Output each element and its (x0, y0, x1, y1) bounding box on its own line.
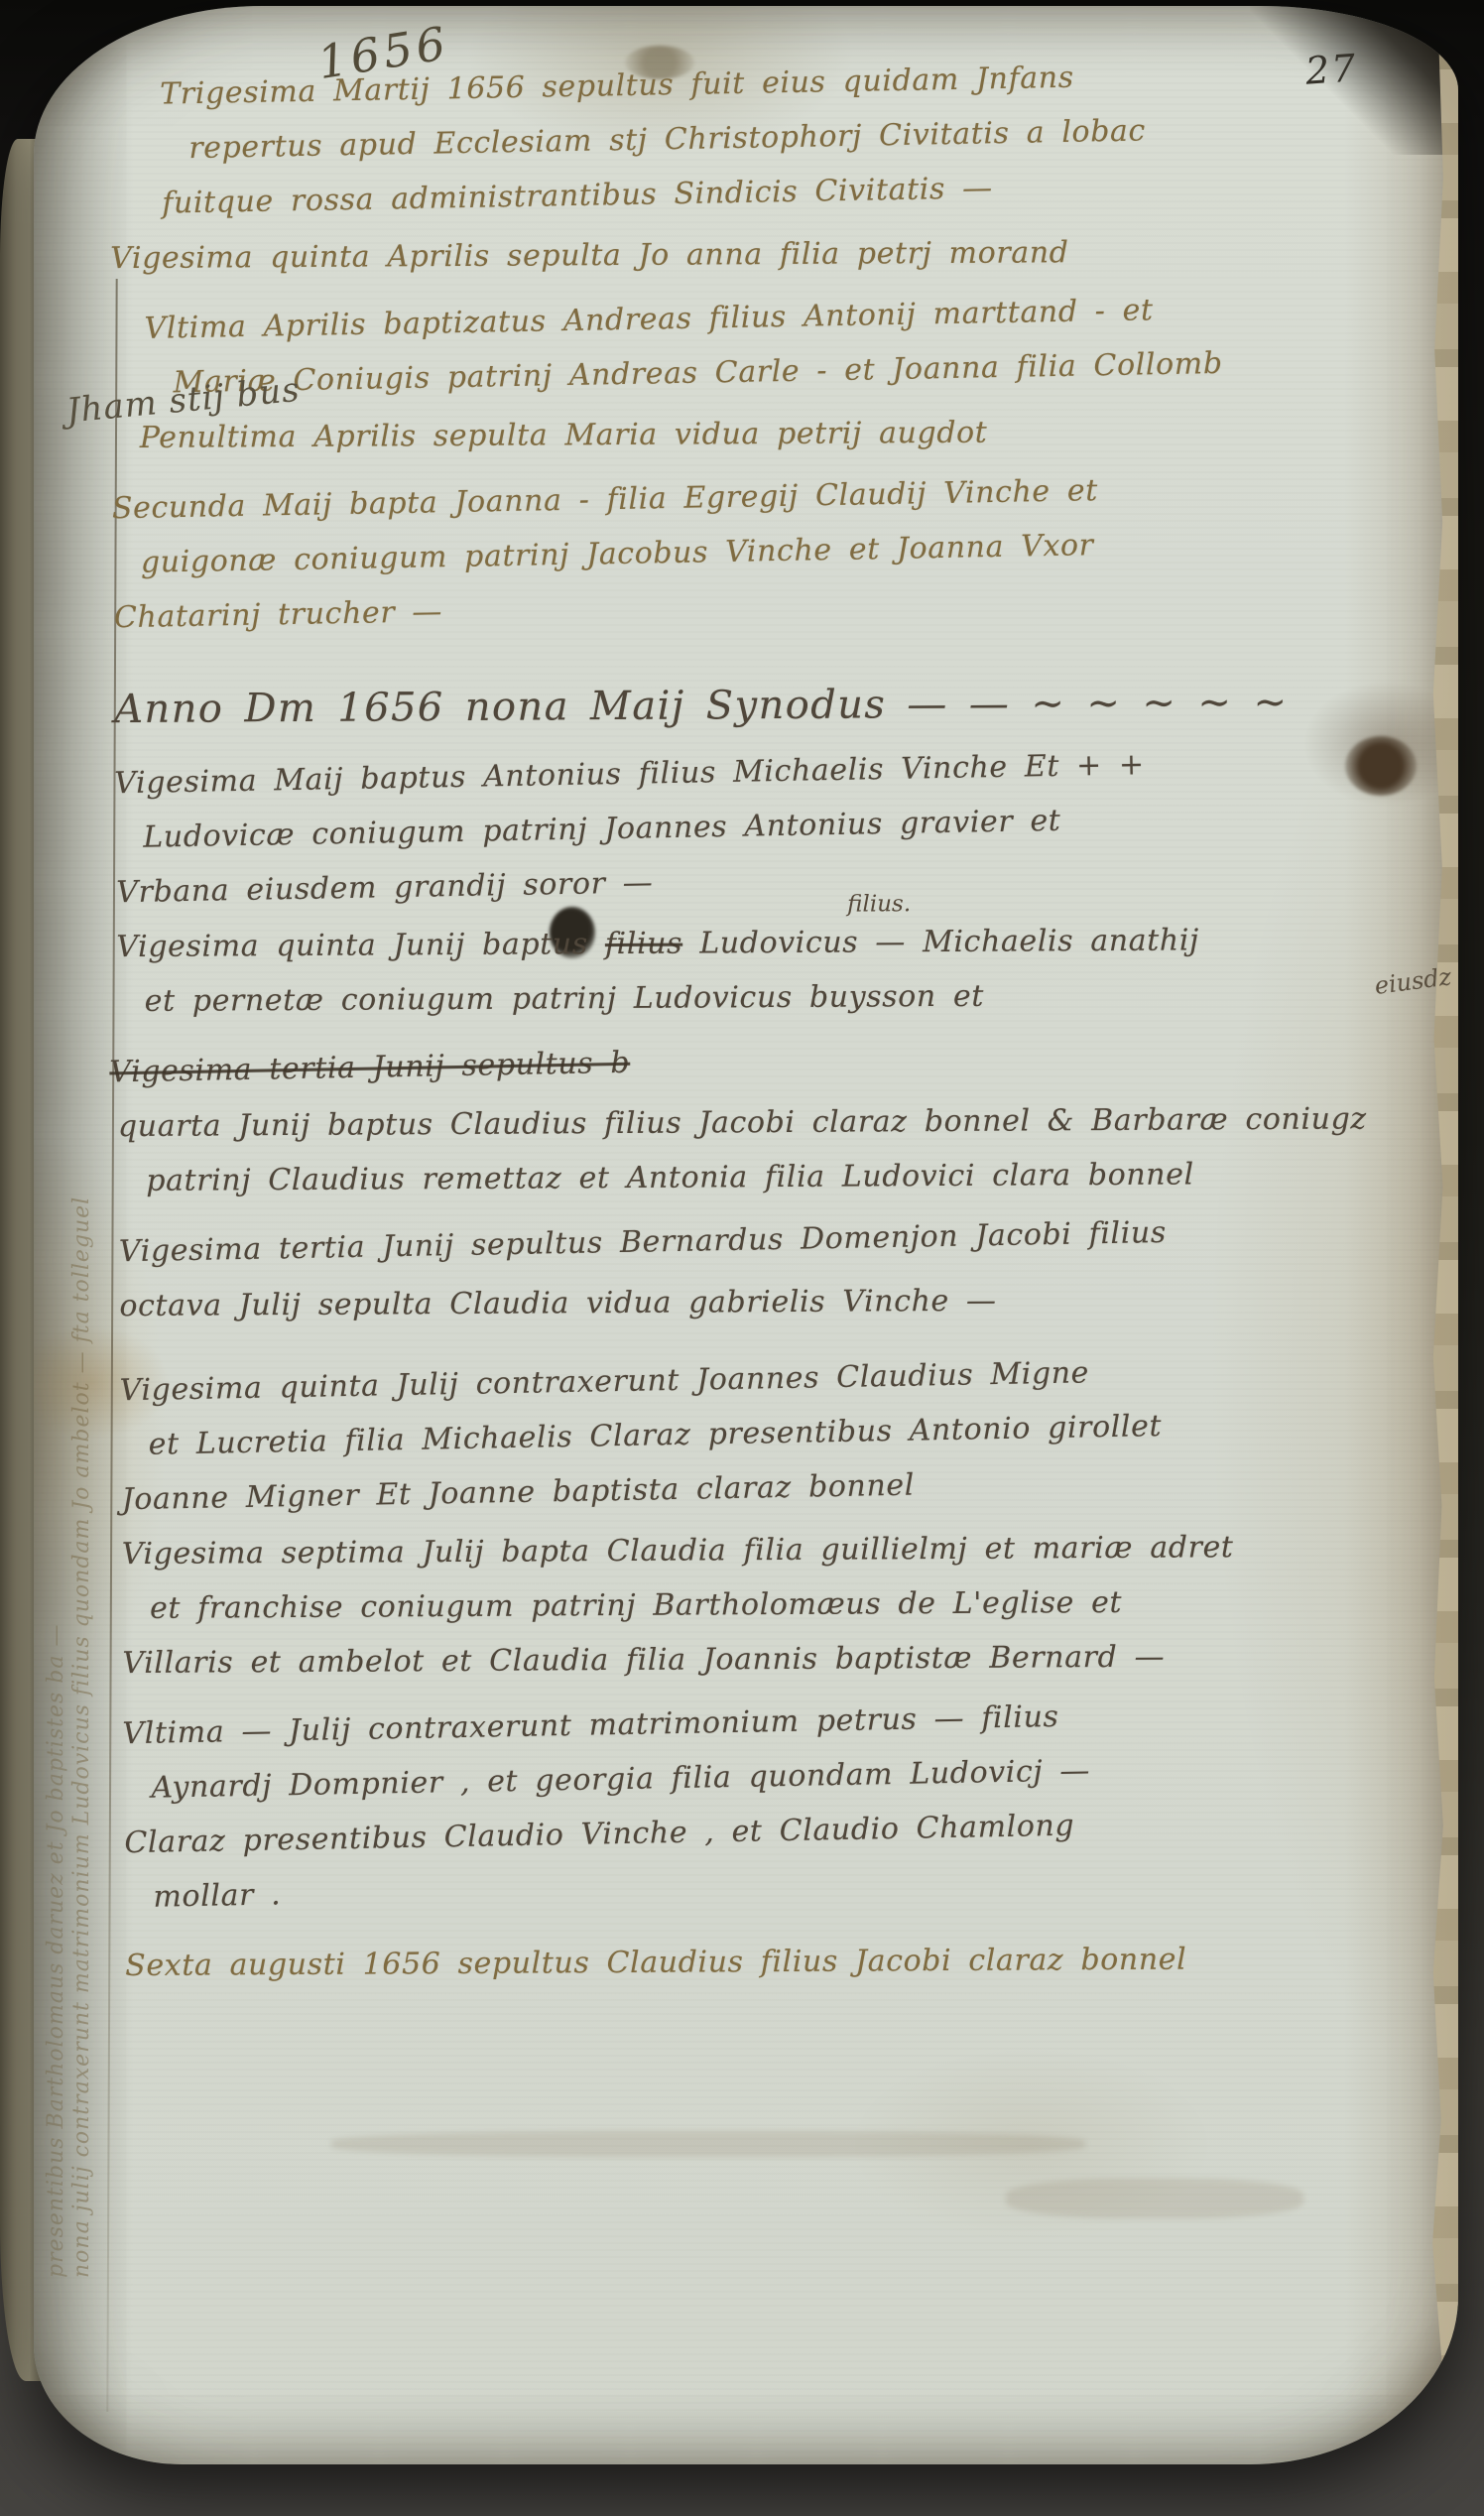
register-entry: filius.eiusdzVigesima quinta Junij baptu… (116, 912, 1446, 1029)
entry-line: Anno Dm 1656 nona Maij Synodus — — ~ ~ ~… (114, 671, 1443, 740)
register-entry: octava Julij sepulta Claudia vidua gabri… (119, 1271, 1448, 1333)
register-entry: Vigesima septima Julij bapta Claudia fil… (122, 1519, 1452, 1691)
register-entry: Vltima Aprilis baptizatus Andreas filius… (144, 278, 1441, 411)
left-margin-vertical-note: nona julij contraxerunt matrimonium Ludo… (69, 591, 94, 2278)
entry-line: Vigesima quinta Aprilis sepulta Jo anna … (110, 223, 1439, 286)
entry-line: Vigesima quinta Junij baptus filius Ludo… (116, 912, 1445, 974)
register-entry: Vigesima quinta Aprilis sepulta Jo anna … (110, 223, 1439, 286)
entry-line: et pernetæ coniugum patrinj Ludovicus bu… (117, 966, 1446, 1029)
entry-line: Sexta augusti 1656 sepultus Claudius fil… (125, 1931, 1454, 1993)
register-entry: Secunda Maij bapta Joanna - filia Egregi… (111, 457, 1443, 646)
register-entry: Jham stij busPenultima Aprilis sepulta M… (112, 403, 1441, 465)
entry-line: Penultima Aprilis sepulta Maria vidua pe… (112, 403, 1441, 465)
photo-backdrop: { "document": { "kind": "handwritten par… (0, 0, 1484, 2516)
struck-text: filius (605, 927, 682, 961)
register-entry: Sexta augusti 1656 sepultus Claudius fil… (125, 1931, 1454, 1993)
left-margin-vertical-note: presentibus Bartholomaus daruez et Jo ba… (44, 948, 68, 2278)
entry-line: Vigesima tertia Junij sepultus b (109, 1021, 1447, 1100)
interlinear-insertion: filius. (847, 891, 911, 917)
register-entry: Vigesima Maij baptus Antonius filius Mic… (114, 732, 1446, 921)
show-through-smudge (331, 2131, 1085, 2157)
entry-line: octava Julij sepulta Claudia vidua gabri… (119, 1271, 1448, 1333)
struck-text: Vigesima tertia Junij sepultus b (109, 1046, 630, 1090)
entry-text: Vigesima quinta Junij baptus (116, 927, 605, 964)
entry-line: Vigesima tertia Junij sepultus Bernardus… (118, 1200, 1448, 1280)
register-entry: Anno Dm 1656 nona Maij Synodus — — ~ ~ ~… (114, 671, 1443, 740)
register-entry: Vigesima tertia Junij sepultus Bernardus… (118, 1200, 1448, 1280)
entry-line: quarta Junij baptus Claudius filius Jaco… (118, 1091, 1447, 1154)
entry-line: patrinj Claudius remettaz et Antonia fil… (118, 1146, 1447, 1208)
entry-text: Ludovicus — Michaelis anathij (682, 923, 1199, 960)
show-through-smudge (1006, 2179, 1303, 2218)
register-entry: quarta Junij baptus Claudius filius Jaco… (118, 1091, 1448, 1208)
manuscript-page: 1656 27 Trigesima Martij 1656 sepultus f… (34, 6, 1458, 2464)
entries: Trigesima Martij 1656 sepultus fuit eius… (108, 50, 1454, 2003)
entry-line: Villaris et ambelot et Claudia filia Joa… (122, 1628, 1451, 1691)
register-entry: Trigesima Martij 1656 sepultus fuit eius… (160, 44, 1440, 231)
entry-line: Vigesima septima Julij bapta Claudia fil… (122, 1519, 1451, 1581)
register-entry: Vigesima quinta Julij contraxerunt Joann… (119, 1339, 1451, 1528)
register-entry: Vltima — Julij contraxerunt matrimonium … (122, 1683, 1455, 1926)
register-entry: Vigesima tertia Junij sepultus b (117, 1021, 1447, 1100)
entry-line: et franchise coniugum patrinj Bartholomæ… (122, 1573, 1451, 1636)
